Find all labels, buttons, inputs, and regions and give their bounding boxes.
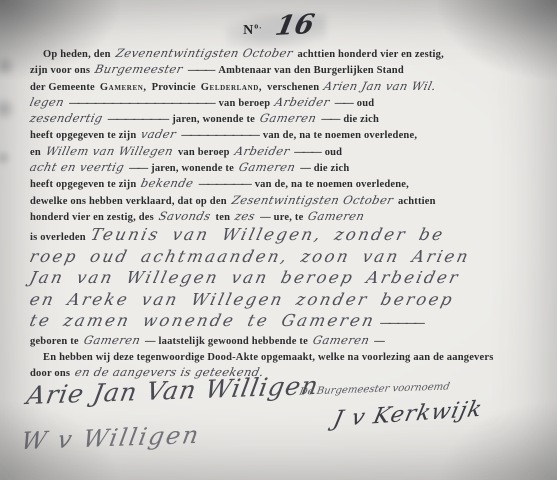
handwritten-text: Gameren [82,332,142,348]
printed-text: door ons [30,368,70,379]
fill-rule: —————— [199,179,250,190]
act-number-value: 16 [273,9,317,42]
handwritten-text: legen [28,94,66,110]
handwritten-text: Arien Jan van Wil. [322,78,438,94]
printed-text: honderd vier en zestig, des [30,212,154,223]
fill-rule: — [300,163,309,174]
handwritten-text: en Areke van Willegen zonder beroep [28,289,457,311]
printed-text: Ambtenaar van den Burgerlijken Stand [218,65,404,76]
printed-text: van beroep [178,147,230,158]
printed-text: van de, na te noemen overledene, [263,130,417,141]
burgemeester-title: De Burgemeester voornoemd [299,381,451,397]
handwritten-text: Gameren [237,159,297,175]
fill-rule: ————————— [181,130,258,141]
document-line: zesendertig———————jaren, wonende teGamer… [30,110,530,126]
handwritten-text: Teunis van Willegen, zonder be [88,224,446,246]
handwritten-text: vader [139,126,178,142]
printed-text: is overleden [30,232,86,243]
printed-text: zijn voor ons [30,65,90,76]
printed-text: laatstelijk gewoond hebbende te [159,336,308,347]
fill-rule: —— [335,98,352,109]
printed-text: die zich [314,163,350,174]
fill-rule: ————————————————— [69,98,214,109]
printed-text: oud [325,147,343,158]
handwritten-text: acht en veertig [28,159,126,175]
printed-text: der Gemeente [30,82,95,93]
document-line: Op heden, denZevenentwintigsten Octobera… [30,45,530,61]
handwritten-text: Gameren [311,332,371,348]
act-body-text: Op heden, denZevenentwintigsten Octobera… [30,45,530,381]
printed-text: jaren, wonende te [151,163,234,174]
printed-text: die zich [343,114,379,125]
printed-text: Gameren, [100,82,147,93]
ink-bleedthrough [0,96,16,122]
handwritten-text: Willem van Willegen [44,143,175,159]
printed-text: jaren, wonende te [172,114,255,125]
document-line: Jan van Willegen van beroep Arbeider [30,267,530,289]
fill-rule: —— [321,114,338,125]
document-line: honderd vier en zestig, desSavondstenzes… [30,208,530,224]
fill-rule: ——— [188,65,214,76]
handwritten-text: Zevenentwintigsten October [114,45,295,61]
printed-text: verschenen [267,82,319,93]
handwritten-text: Burgemeester [93,61,184,77]
document-line: dewelke ons hebben verklaard, dat op den… [30,192,530,208]
handwritten-text: Gameren [258,110,318,126]
printed-text: geboren te [30,336,79,347]
document-line: heeft opgegeven te zijnbekende——————van … [30,175,530,191]
handwritten-text: Savonds [157,208,212,224]
handwritten-text: te zamen wonende te Gameren [28,310,378,332]
handwritten-text: zesendertig [28,110,104,126]
signature-burgemeester: J v Kerkwijk [331,397,485,432]
fill-rule: ——————— [108,114,168,125]
printed-text: Op heden, den [43,49,111,60]
printed-text: dewelke ons hebben verklaard, dat op den [30,196,227,207]
document-line: te zamen wonende te Gameren————— [30,310,530,332]
printed-text: ten [216,212,231,223]
printed-text: achttien [398,196,436,207]
printed-text: Gelderland, [201,82,262,93]
signature-declarant-2: W v Willigen [19,421,203,455]
printed-text: En hebben wij deze tegenwoordige Dood-Ak… [43,352,494,363]
handwritten-text: bekende [139,175,195,191]
document-line: zijn voor onsBurgemeester———Ambtenaar va… [30,61,530,77]
handwritten-text: Arbeider [273,94,331,110]
fill-rule: ————— [380,318,423,329]
act-number-label: No. [243,23,262,38]
document-line: En hebben wij deze tegenwoordige Dood-Ak… [30,348,530,364]
fill-rule: —— [129,163,146,174]
handwritten-text: Jan van Willegen van beroep Arbeider [28,267,463,289]
printed-text: Provincie [152,82,196,93]
document-line: en Areke van Willegen zonder beroep [30,289,530,311]
document-line: roep oud achtmaanden, zoon van Arien [30,246,530,268]
document-line: heeft opgegeven te zijnvader—————————van… [30,126,530,142]
printed-text: van beroep [219,98,271,109]
fill-rule: ——— [294,147,320,158]
printed-text: van de, na te noemen overledene, [255,179,409,190]
fill-rule: — [374,336,383,347]
handwritten-text: zes [233,208,257,224]
printed-text: heeft opgegeven te zijn [30,130,136,141]
printed-text: en [30,147,41,158]
printed-text: oud [357,98,375,109]
printed-text: heeft opgegeven te zijn [30,179,136,190]
ink-bleedthrough [0,150,12,166]
fill-rule: — [145,336,154,347]
death-certificate-scan: No. 16 Op heden, denZevenentwintigsten O… [0,0,557,480]
printed-text: achttien honderd vier en zestig, [297,49,443,60]
printed-text: — ure, te [260,212,303,223]
act-number-header: No. 16 [0,10,557,41]
document-line: acht en veertig——jaren, wonende teGamere… [30,159,530,175]
handwritten-text: roep oud achtmaanden, zoon van Arien [28,246,473,268]
document-line: geboren teGameren—laatstelijk gewoond he… [30,332,530,348]
handwritten-text: Arbeider [233,143,291,159]
document-line: legen—————————————————van beroepArbeider… [30,94,530,110]
handwritten-text: Gameren [307,208,367,224]
document-line: is overledenTeunis van Willegen, zonder … [30,224,530,246]
ink-bleedthrough [0,55,16,77]
document-line: der GemeenteGameren,ProvincieGelderland,… [30,78,530,94]
handwritten-text: Zesentwintigsten October [230,192,395,208]
document-line: enWillem van Willegenvan beroepArbeider—… [30,143,530,159]
